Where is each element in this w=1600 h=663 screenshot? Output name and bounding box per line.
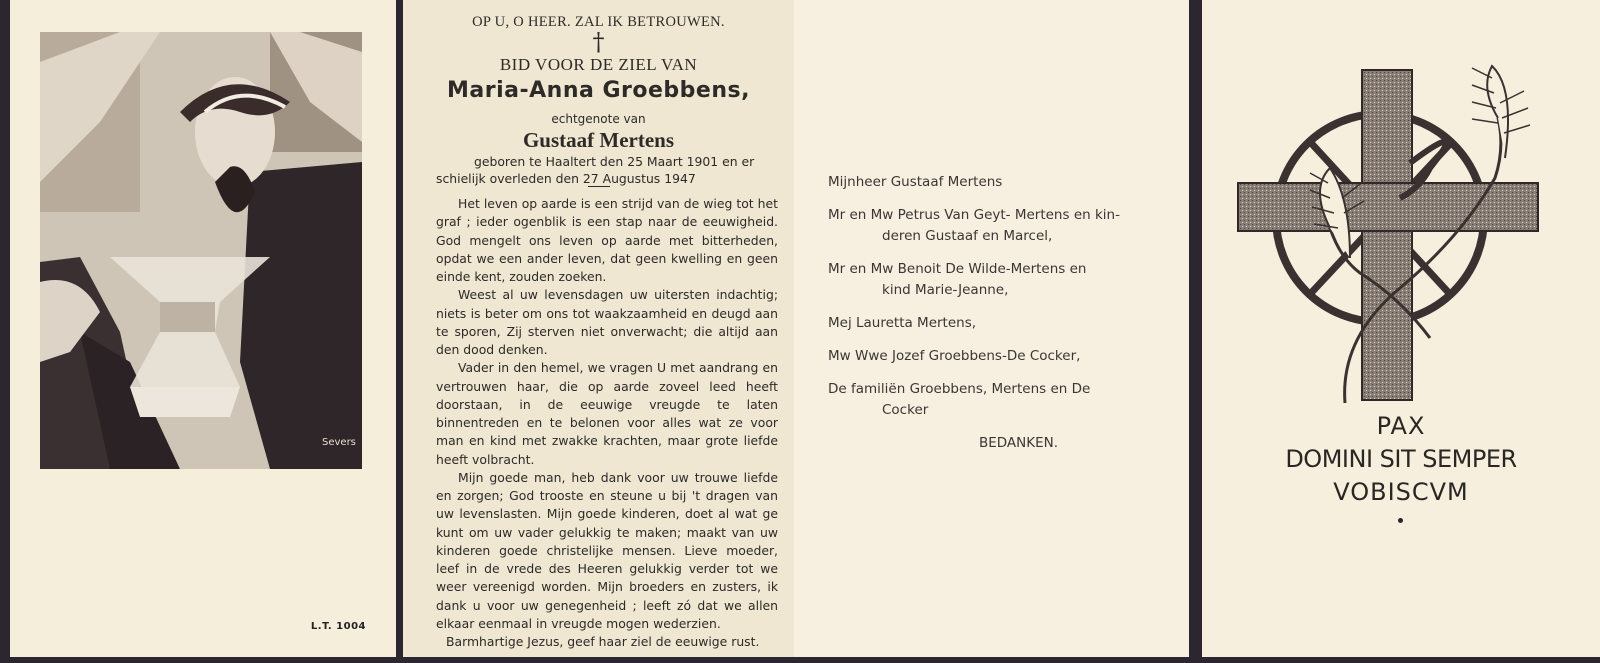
family-list: Mijnheer Gustaaf Mertens Mr en Mw Petrus…: [828, 172, 1169, 454]
family-entry: Mej Lauretta Mertens,: [828, 313, 1169, 334]
image-panel: Severs L.T. 1004: [10, 0, 396, 657]
ornament-dot: [1398, 518, 1403, 523]
family-entry-line: Mej Lauretta Mertens,: [828, 313, 1169, 334]
family-entry-line: De familiën Groebbens, Mertens en De: [828, 379, 1169, 400]
family-panel: Mijnheer Gustaaf Mertens Mr en Mw Petrus…: [794, 0, 1189, 657]
relation-label: echtgenote van: [403, 112, 794, 126]
deceased-name: Maria-Anna Groebbens,: [403, 78, 794, 103]
svg-text:Severs: Severs: [322, 437, 356, 448]
family-entry-line: Mw Wwe Jozef Groebbens-De Cocker,: [828, 346, 1169, 367]
print-code: L.T. 1004: [311, 621, 366, 632]
thanks-label: BEDANKEN.: [828, 433, 1169, 454]
family-entry-line: Mr en Mw Petrus Van Geyt- Mertens en kin…: [828, 205, 1169, 226]
family-entry-line: Mijnheer Gustaaf Mertens: [828, 172, 1169, 193]
pax-line-3: VOBISCVM: [1202, 478, 1600, 506]
emblem-panel: PAX DOMINI SIT SEMPER VOBISCVM: [1202, 0, 1600, 657]
family-entry-continuation: deren Gustaaf en Marcel,: [828, 226, 1169, 247]
paragraph: Vader in den hemel, we vragen U met aand…: [436, 359, 778, 469]
paragraph: Het leven op aarde is een strijd van de …: [436, 195, 778, 286]
divider: [588, 186, 610, 187]
death-line: schielijk overleden den 27 Augustus 1947: [436, 170, 778, 187]
obituary-body: Het leven op aarde is een strijd van de …: [436, 195, 778, 651]
family-entry: Mijnheer Gustaaf Mertens: [828, 172, 1169, 193]
obituary-panel: OP U, O HEER. ZAL IK BETROUWEN. † BID VO…: [403, 0, 794, 657]
devotional-artwork: Severs: [40, 32, 362, 469]
spouse-name: Gustaaf Mertens: [403, 128, 794, 153]
family-entry: De familiën Groebbens, Mertens en De Coc…: [828, 379, 1169, 421]
cross-icon: †: [403, 28, 794, 56]
paragraph: Mijn goede man, heb dank voor uw trouwe …: [436, 469, 778, 633]
birth-line: geboren te Haaltert den 25 Maart 1901 en…: [436, 153, 778, 170]
pax-heading: PAX: [1202, 412, 1600, 440]
family-entry-continuation: Cocker: [828, 400, 1169, 421]
family-entry: Mr en Mw Petrus Van Geyt- Mertens en kin…: [828, 205, 1169, 247]
family-entry-line: Mr en Mw Benoit De Wilde-Mertens en: [828, 259, 1169, 280]
paragraph: Weest al uw levensdagen uw uitersten ind…: [436, 286, 778, 359]
pax-line-2: DOMINI SIT SEMPER: [1202, 445, 1600, 473]
closing-prayer: Barmhartige Jezus, geef haar ziel de eeu…: [436, 633, 778, 651]
life-dates: geboren te Haaltert den 25 Maart 1901 en…: [436, 153, 778, 187]
family-entry: Mw Wwe Jozef Groebbens-De Cocker,: [828, 346, 1169, 367]
cross-wheat-emblem-icon: [1230, 58, 1560, 418]
family-entry-continuation: kind Marie-Jeanne,: [828, 280, 1169, 301]
prayer-heading: BID VOOR DE ZIEL VAN: [403, 55, 794, 75]
crucifixion-chalice-illustration: Severs: [40, 32, 362, 469]
family-entry: Mr en Mw Benoit De Wilde-Mertens en kind…: [828, 259, 1169, 301]
